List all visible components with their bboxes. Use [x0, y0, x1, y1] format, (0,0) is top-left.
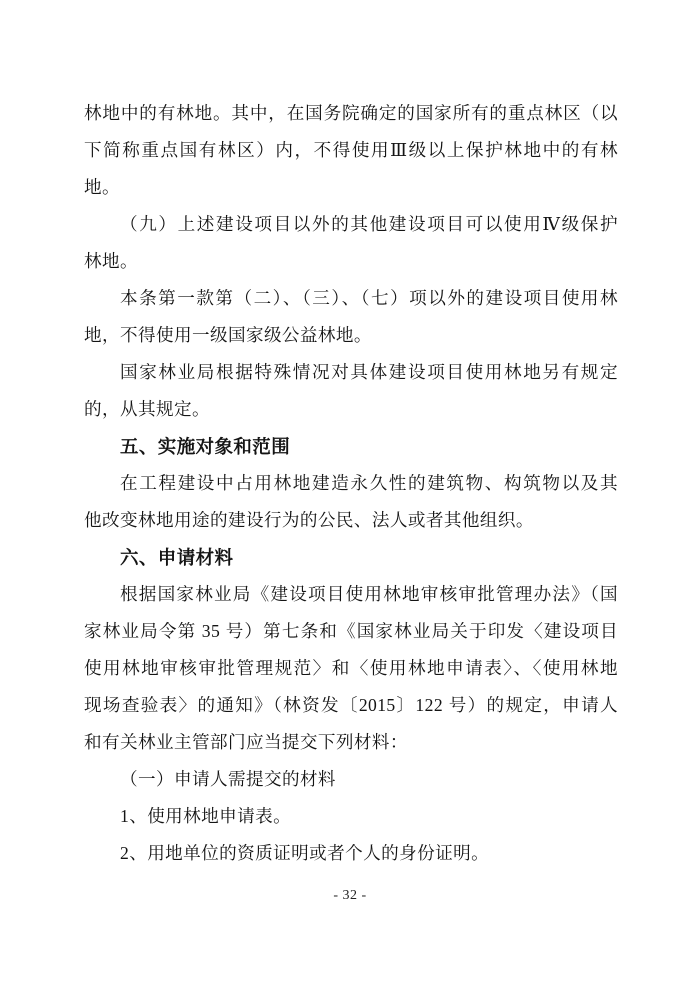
text-line: 的，从其规定。	[84, 391, 618, 428]
text-line: 根据国家林业局《建设项目使用林地审核审批管理办法》（国	[84, 576, 618, 613]
text-lines: 林地中的有林地。其中，在国务院确定的国家所有的重点林区（以下简称重点国有林区）内…	[84, 95, 618, 872]
text-line: 家林业局令第 35 号）第七条和《国家林业局关于印发〈建设项目	[84, 613, 618, 650]
text-line: 使用林地审核审批管理规范〉和〈使用林地申请表〉、〈使用林地	[84, 650, 618, 687]
text-line: 下简称重点国有林区）内，不得使用Ⅲ级以上保护林地中的有林	[84, 132, 618, 169]
text-line: 在工程建设中占用林地建造永久性的建筑物、构筑物以及其	[84, 465, 618, 502]
section-heading: 五、实施对象和范围	[84, 428, 618, 465]
text-line: （一）申请人需提交的材料	[84, 761, 618, 798]
section-heading: 六、申请材料	[84, 539, 618, 576]
text-line: 地。	[84, 169, 618, 206]
text-line: 他改变林地用途的建设行为的公民、法人或者其他组织。	[84, 502, 618, 539]
text-line: 国家林业局根据特殊情况对具体建设项目使用林地另有规定	[84, 354, 618, 391]
text-line: 本条第一款第（二）、（三）、（七）项以外的建设项目使用林	[84, 280, 618, 317]
page-number: - 32 -	[0, 888, 700, 904]
text-line: 林地。	[84, 243, 618, 280]
text-line: （九）上述建设项目以外的其他建设项目可以使用Ⅳ级保护	[84, 206, 618, 243]
text-line: 1、使用林地申请表。	[84, 798, 618, 835]
text-line: 林地中的有林地。其中，在国务院确定的国家所有的重点林区（以	[84, 95, 618, 132]
text-line: 2、用地单位的资质证明或者个人的身份证明。	[84, 835, 618, 872]
text-line: 和有关林业主管部门应当提交下列材料：	[84, 724, 618, 761]
text-line: 现场查验表〉的通知》（林资发〔2015〕122 号）的规定，申请人	[84, 687, 618, 724]
text-line: 地，不得使用一级国家级公益林地。	[84, 317, 618, 354]
document-page: 林地中的有林地。其中，在国务院确定的国家所有的重点林区（以下简称重点国有林区）内…	[0, 0, 700, 990]
